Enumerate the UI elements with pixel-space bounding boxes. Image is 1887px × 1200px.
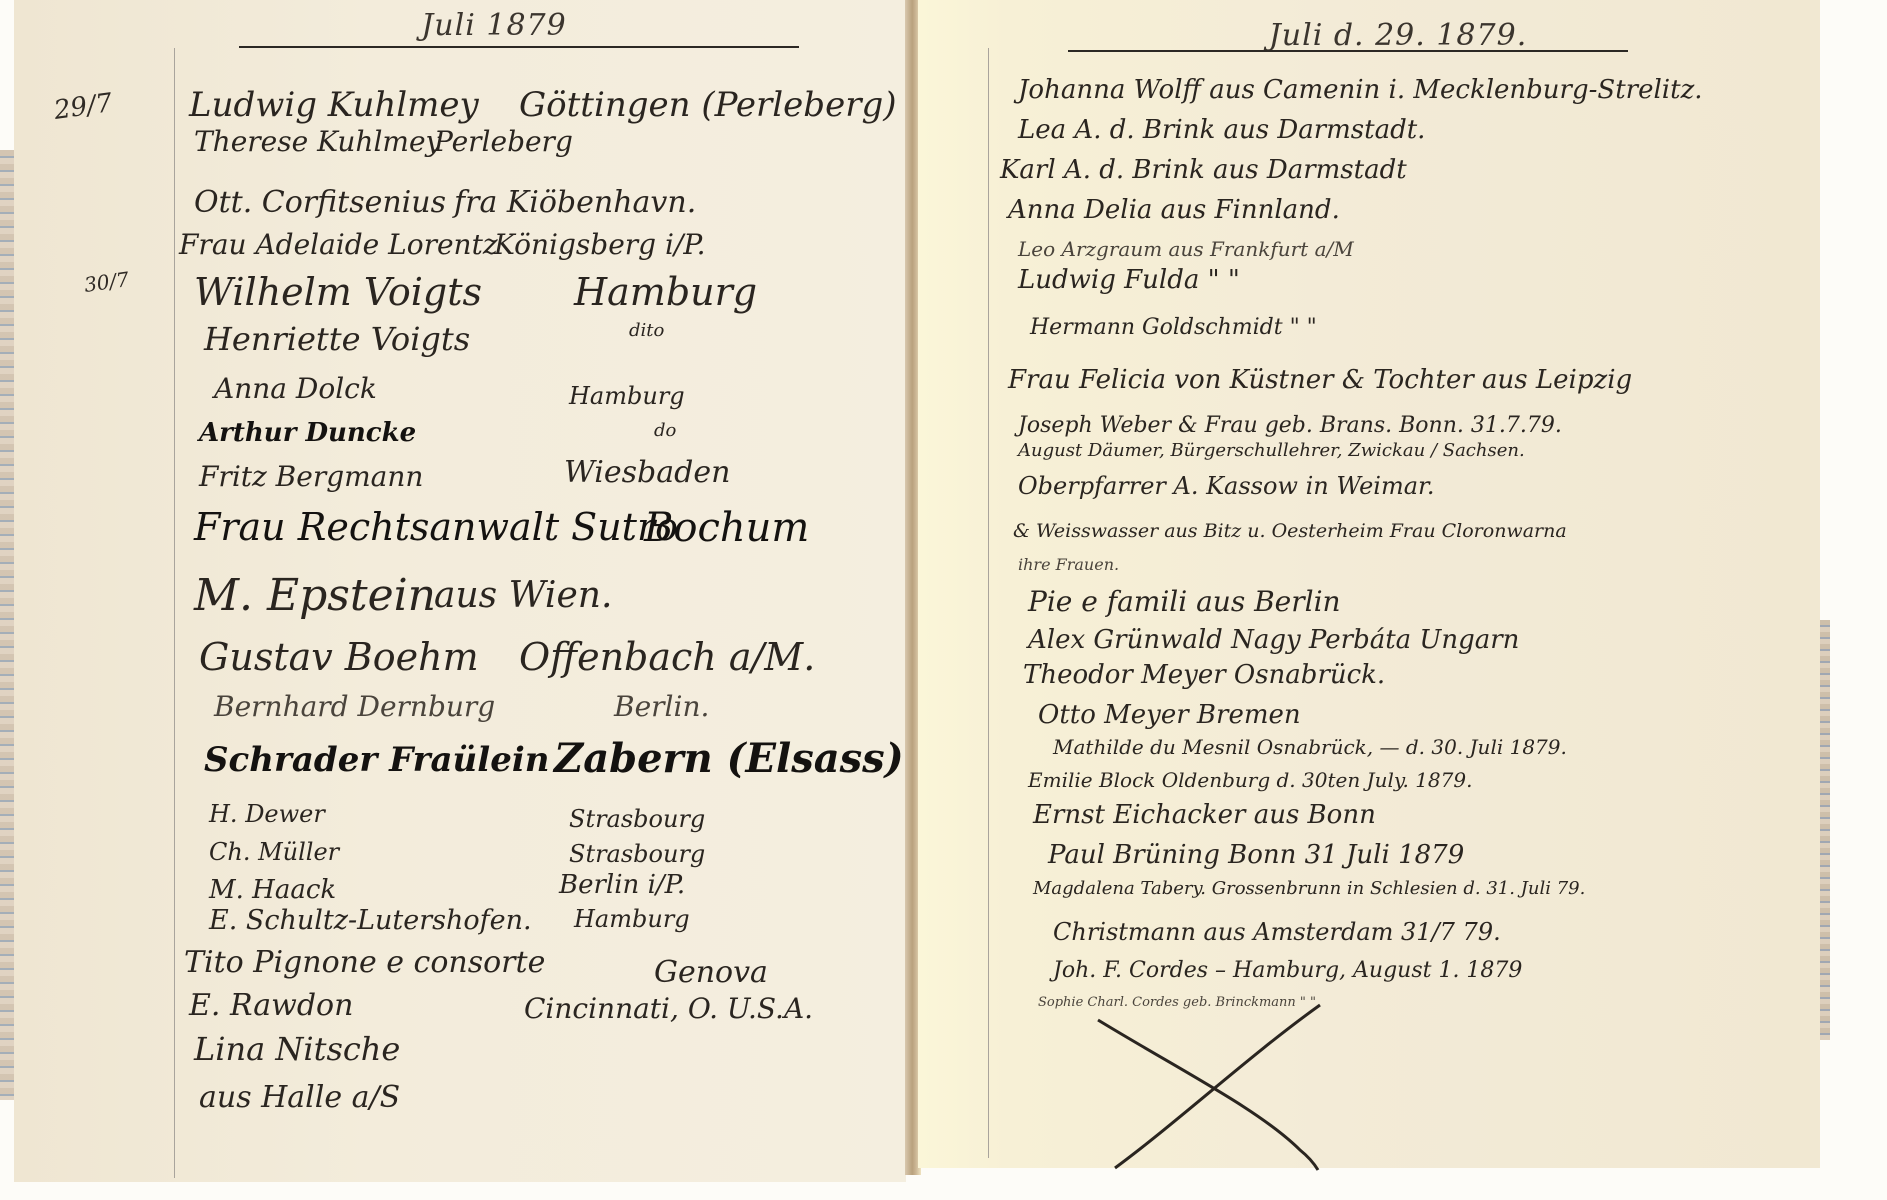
entry-name: M. Haack — [209, 875, 336, 905]
entry-place: Strasbourg — [569, 840, 705, 868]
register-entry: Theodor Meyer Osnabrück. — [1023, 660, 1385, 690]
entry-name: E. Schultz-Lutershofen. — [209, 905, 532, 936]
right-page: Juli d. 29. 1879. Johanna Wolff aus Came… — [918, 0, 1820, 1168]
entry-name: Frau Adelaide Lorentz — [179, 228, 498, 261]
entry-name: Henriette Voigts — [204, 320, 470, 358]
register-entry: Hermann Goldschmidt " " — [1030, 315, 1317, 340]
entry-place: Hamburg — [574, 905, 690, 933]
entry-name: Ludwig Kuhlmey — [189, 85, 479, 125]
entry-name: Bernhard Dernburg — [214, 690, 495, 723]
entry-name: Schrader Fraülein — [204, 740, 549, 780]
register-entry: Christmann aus Amsterdam 31/7 79. — [1053, 918, 1501, 946]
entry-place: aus Halle a/S — [199, 1080, 400, 1115]
entry-place: fra Kiöbenhavn. — [454, 185, 696, 220]
entry-name: E. Rawdon — [189, 988, 353, 1023]
left-page: Juli 1879 29/7 30/7 Ludwig Kuhlmey Götti… — [14, 0, 906, 1182]
register-entry: ihre Frauen. — [1018, 555, 1119, 574]
page-header-left: Juli 1879 — [344, 8, 644, 43]
entry-place: Strasbourg — [569, 805, 705, 833]
entry-place: Berlin i/P. — [559, 870, 685, 900]
entry-name: H. Dewer — [209, 800, 325, 828]
entry-place: Offenbach a/M. — [519, 635, 815, 679]
entry-name: Lina Nitsche — [194, 1030, 400, 1068]
entry-place: Bochum — [644, 505, 809, 551]
cross-out-mark-icon — [1000, 1000, 1440, 1190]
entry-name: Frau Rechtsanwalt Sutro — [194, 505, 678, 549]
margin-date: 29/7 — [52, 88, 114, 126]
entry-name: M. Epstein — [194, 570, 436, 621]
entry-place: Cincinnati, O. U.S.A. — [524, 992, 813, 1025]
register-entry: August Däumer, Bürgerschullehrer, Zwicka… — [1018, 440, 1525, 461]
register-entry: Emilie Block Oldenburg d. 30ten July. 18… — [1028, 768, 1472, 792]
register-entry: Magdalena Tabery. Grossenbrunn in Schles… — [1033, 878, 1585, 899]
entry-name: Gustav Boehm — [199, 635, 479, 679]
page-edge-left — [0, 150, 16, 1100]
margin-rule — [988, 48, 989, 1158]
register-entry: Ernst Eichacker aus Bonn — [1033, 800, 1376, 830]
register-entry: Joh. F. Cordes – Hamburg, August 1. 1879 — [1053, 958, 1522, 983]
header-rule — [1068, 50, 1628, 52]
register-entry: Oberpfarrer A. Kassow in Weimar. — [1018, 472, 1434, 500]
register-entry: & Weisswasser aus Bitz u. Oesterheim Fra… — [1013, 520, 1567, 542]
register-entry: Paul Brüning Bonn 31 Juli 1879 — [1048, 840, 1464, 870]
entry-name: Fritz Bergmann — [199, 460, 423, 493]
register-entry: Mathilde du Mesnil Osnabrück, — d. 30. J… — [1053, 735, 1567, 759]
entry-place: Königsberg i/P. — [494, 228, 705, 261]
page-edge-right — [1820, 620, 1830, 1040]
header-rule — [239, 46, 799, 48]
entry-place: Berlin. — [614, 690, 709, 723]
register-entry: Leo Arzgraum aus Frankfurt a/M — [1018, 237, 1354, 261]
entry-name: Therese Kuhlmey — [194, 125, 441, 158]
register-entry: Johanna Wolff aus Camenin i. Mecklenburg… — [1018, 75, 1703, 105]
page-header-right: Juli d. 29. 1879. — [1248, 18, 1548, 53]
entry-place: Perleberg — [434, 125, 573, 158]
margin-rule — [174, 48, 175, 1178]
register-entry: Otto Meyer Bremen — [1038, 700, 1301, 730]
entry-name: Anna Dolck — [214, 372, 377, 405]
entry-name: Ch. Müller — [209, 838, 339, 866]
entry-place: Genova — [654, 955, 768, 990]
margin-date: 30/7 — [83, 267, 131, 297]
register-entry: Lea A. d. Brink aus Darmstadt. — [1018, 115, 1425, 145]
register-entry: Joseph Weber & Frau geb. Brans. Bonn. 31… — [1018, 413, 1562, 438]
entry-name: Ott. Corfitsenius — [194, 185, 446, 220]
entry-place: Göttingen (Perleberg) — [519, 85, 896, 125]
entry-place: do — [654, 420, 676, 441]
entry-name: Wilhelm Voigts — [194, 270, 482, 314]
register-entry: Anna Delia aus Finnland. — [1008, 195, 1340, 225]
entry-place: Hamburg — [574, 270, 757, 314]
entry-name: Tito Pignone e consorte — [184, 945, 545, 980]
entry-place: Hamburg — [569, 382, 685, 410]
entry-place: Wiesbaden — [564, 455, 730, 490]
register-entry: Pie e famili aus Berlin — [1028, 585, 1341, 618]
open-register-book: Juli 1879 29/7 30/7 Ludwig Kuhlmey Götti… — [0, 0, 1887, 1200]
entry-name: Arthur Duncke — [199, 418, 416, 448]
entry-place: aus Wien. — [434, 575, 612, 616]
register-entry: Frau Felicia von Küstner & Tochter aus L… — [1008, 365, 1632, 395]
register-entry: Alex Grünwald Nagy Perbáta Ungarn — [1028, 625, 1519, 655]
register-entry: Karl A. d. Brink aus Darmstadt — [1000, 155, 1407, 185]
register-entry: Ludwig Fulda " " — [1018, 265, 1240, 295]
entry-place: Zabern (Elsass) — [554, 735, 904, 782]
entry-place: dito — [629, 320, 664, 341]
